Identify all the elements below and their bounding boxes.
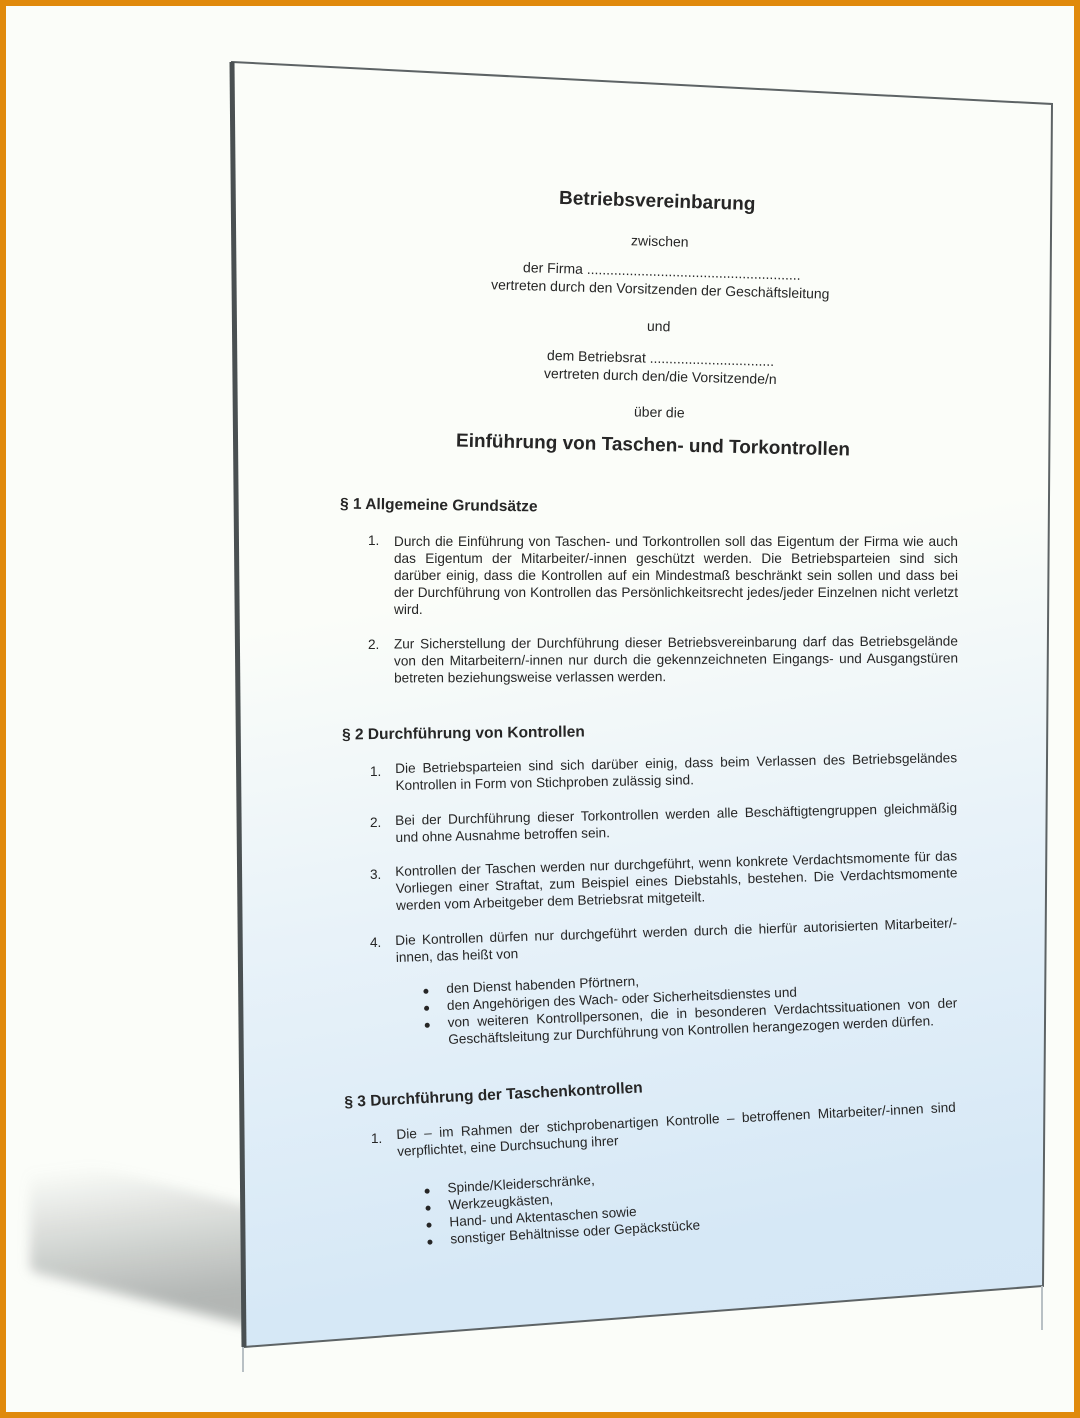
section-2-item-2-number: 2. <box>370 815 381 830</box>
bullet-icon <box>426 1222 431 1227</box>
section-2-item-3-number: 3. <box>370 867 381 882</box>
section-2-item-1-number: 1. <box>370 764 381 779</box>
section-3-item-1-text: Die – im Rahmen der stichprobenartigen K… <box>396 1099 957 1160</box>
bullet-icon <box>424 1006 429 1011</box>
section-2-item-1-text: Die Betriebsparteien sind sich darüber e… <box>395 749 958 794</box>
bullet-icon <box>424 1189 429 1194</box>
about-text: über die <box>634 403 685 421</box>
between-text: zwischen <box>631 232 689 251</box>
bullet-icon <box>423 989 428 994</box>
document-title: Betriebsvereinbarung <box>559 190 756 213</box>
section-1-item-2-number: 2. <box>368 637 379 652</box>
bullet-icon <box>427 1239 432 1244</box>
section-2-heading: § 2 Durchführung von Kontrollen <box>342 724 585 744</box>
section-2-item-3-text: Kontrollen der Taschen werden nur durchg… <box>395 847 958 914</box>
section-3-heading: § 3 Durchführung der Taschenkontrollen <box>344 1079 643 1111</box>
section-1-item-1-text: Durch die Einführung von Taschen- und To… <box>394 533 958 618</box>
section-1-item-1-number: 1. <box>368 533 379 548</box>
section-3-item-1-number: 1. <box>371 1131 382 1146</box>
bullet-icon <box>425 1023 430 1028</box>
section-2-item-2-text: Bei der Durchführung dieser Torkontrolle… <box>395 799 958 846</box>
bullet-icon <box>425 1206 430 1211</box>
section-2-item-4-number: 4. <box>370 935 381 950</box>
document-content: Betriebsvereinbarung zwischen der Firma … <box>0 0 1080 1418</box>
section-2-item-4-text: Die Kontrollen dürfen nur durchgeführt w… <box>395 914 958 966</box>
document-subject: Einführung von Taschen- und Torkontrolle… <box>456 433 850 459</box>
section-3-bullet-list: Spinde/Kleiderschränke, Werkzeugkästen, … <box>421 1158 820 1180</box>
section-1-heading: § 1 Allgemeine Grundsätze <box>340 496 538 516</box>
and-text: und <box>647 318 671 336</box>
section-1-item-2-text: Zur Sicherstellung der Durchführung dies… <box>394 633 958 687</box>
